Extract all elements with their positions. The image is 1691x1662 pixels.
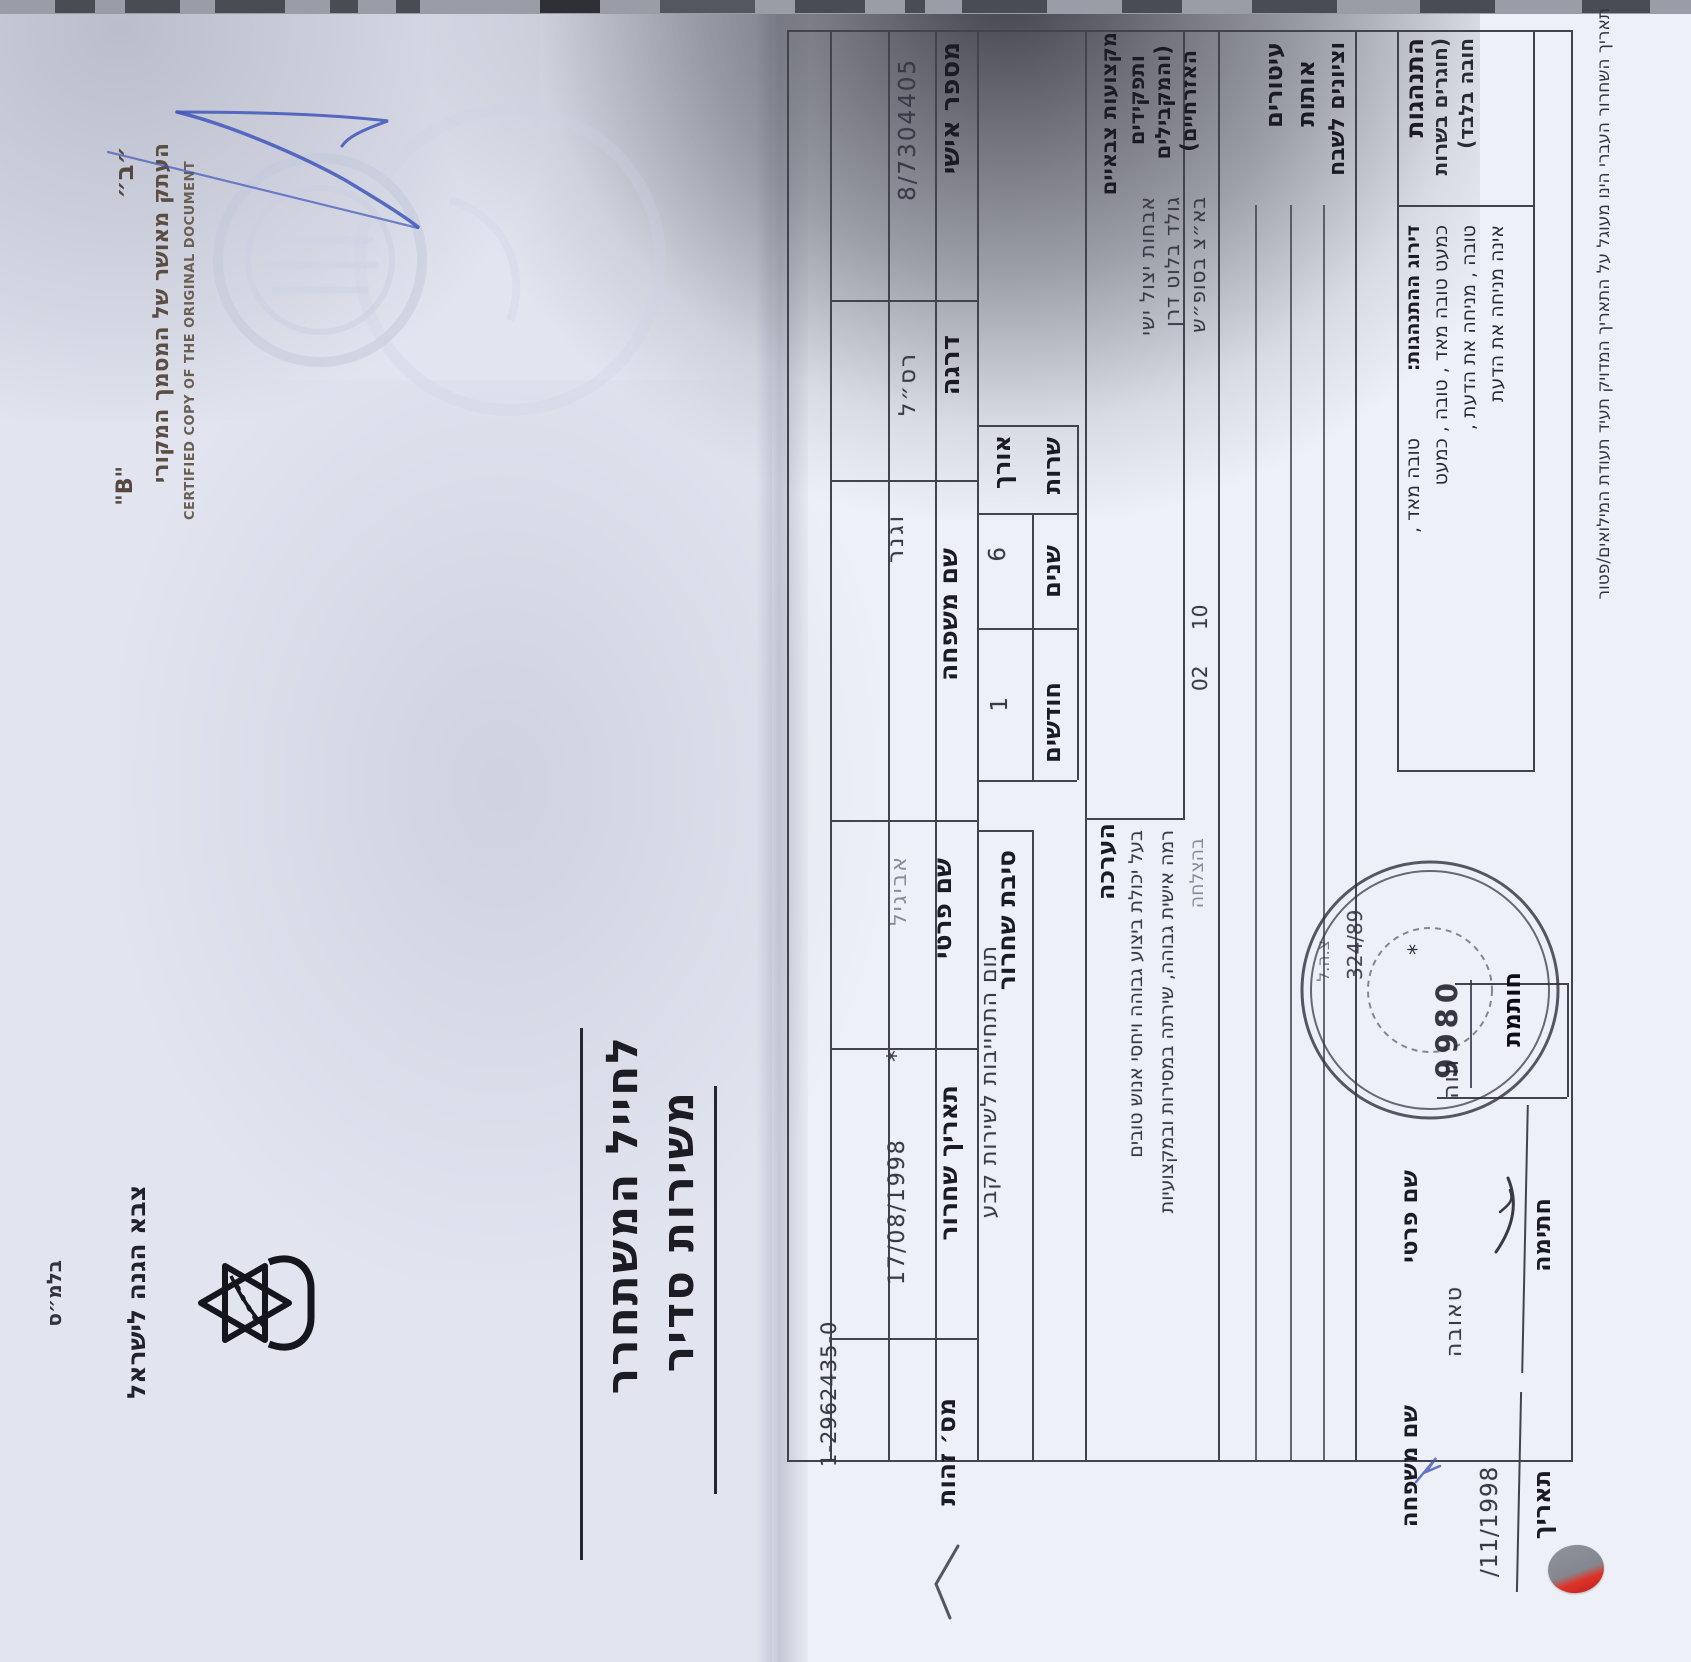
service-box-rule: [977, 780, 1077, 782]
conduct-label-1: התנהגות: [1402, 38, 1428, 190]
form-border-right: [1571, 30, 1573, 1462]
service-box-rule: [1032, 513, 1034, 780]
cover-title-line-2: משירות סדיר: [656, 1090, 702, 1492]
certification-latin-letter: "B": [114, 466, 137, 510]
service-length-title-2: שרות: [1040, 437, 1065, 511]
release-reason-value: תום התחייבות לשירות קבע: [978, 945, 1001, 1480]
family-name-value: וגנר: [884, 513, 908, 598]
decorations-label-3: וציונים לשבח: [1326, 42, 1349, 228]
classification-marking: בלמ״ס: [44, 1260, 65, 1340]
decorations-row-rule: [1255, 205, 1257, 1460]
form-border-left: [787, 30, 789, 1462]
rank-value: רס״ל: [896, 352, 920, 447]
conduct-rating-line-4: אינה מניחה את הדעת: [1488, 225, 1508, 453]
service-length-title-1: אורך: [990, 435, 1015, 511]
evaluation-line-1: בעל יכולת ביצוע גבוהה ויחסי אנוש טובים: [1127, 830, 1147, 1250]
decorations-label-2: אותות: [1294, 60, 1319, 172]
professions-label-4: האזרחיים): [1178, 50, 1200, 166]
pencil-check-mark: [922, 1540, 972, 1625]
service-box-rule: [977, 513, 1077, 515]
stamp-top-number: 324/89: [1345, 848, 1366, 980]
cover-title-line-1: לחייל המשתחרר: [600, 1035, 646, 1555]
service-box-rule: [977, 425, 1077, 427]
stamp-rim-text: צ.ה.ל: [1316, 940, 1334, 1030]
date-value: /11/1998: [1478, 1402, 1502, 1577]
conduct-rating-label: דירוג ההתנהגות:: [1404, 225, 1424, 430]
reason-box-rule: [1032, 830, 1034, 1462]
officer-signature-scribble: [1480, 1160, 1540, 1270]
officer-first-name-label: שם פרטי: [1398, 1170, 1422, 1298]
cell-separator: [830, 300, 977, 302]
conduct-box-rule: [1397, 30, 1399, 772]
release-date-label: תאריך שחרור: [936, 1085, 962, 1333]
personal-number-label: מספר אישי: [938, 42, 965, 242]
conduct-rating-line-3: טובה , מניחה את הדעת ,: [1460, 225, 1480, 493]
service-box-rule: [1077, 425, 1079, 780]
section-rule: [1085, 818, 1183, 820]
release-date-mark: *: [884, 1050, 909, 1070]
evaluation-line-2: רמה אישית גבוהה, שירתה במסירות ובמקצועיו…: [1158, 830, 1178, 1268]
conduct-box-rule: [1397, 205, 1533, 207]
service-box-rule: [977, 628, 1077, 630]
conduct-label-3: חובה בלבד): [1456, 38, 1477, 170]
professions-label-2: ותפקידים: [1126, 55, 1148, 163]
title-rule: [580, 1028, 583, 1560]
form-border-top: [787, 30, 1573, 32]
decorations-row-rule: [1290, 205, 1292, 1460]
cell-separator: [830, 480, 977, 482]
conduct-box-rule: [1397, 770, 1533, 772]
reason-box-rule: [977, 830, 1032, 832]
stamp-star-mark: *: [1406, 944, 1429, 966]
officer-family-name-value: טאובה: [1443, 1285, 1466, 1403]
years-label: שנים: [1040, 545, 1065, 625]
conduct-rating-line-1: טובה מאד ,: [1404, 438, 1424, 566]
family-name-label: שם משפחה: [936, 548, 962, 738]
personal-number-value: 5044037/8: [896, 58, 920, 248]
id-label: מס׳ זהות: [934, 1398, 960, 1526]
blue-signature: [70, 70, 490, 270]
decorations-row-rule: [1323, 205, 1325, 1460]
first-name-label: שם פרטי: [930, 858, 956, 1010]
date-label: תאריך: [1530, 1470, 1555, 1570]
professions-value-1: אבחות יצול ישי: [1137, 196, 1158, 458]
months-value: 1: [988, 697, 1012, 719]
professions-code-2: 02: [1190, 655, 1211, 691]
idf-emblem: [185, 1228, 335, 1378]
professions-value-2: גולד בלוט דרן: [1162, 196, 1183, 444]
conduct-rating-line-2: כמעט טובה מאד , טובה , כמעט: [1432, 225, 1452, 555]
years-value: 6: [986, 547, 1010, 577]
scanner-edge-strip: [0, 0, 1691, 14]
release-date-value: 17/08/1998: [886, 1075, 909, 1285]
evaluation-line-3: בהצלחה: [1188, 838, 1208, 950]
months-label: חודשים: [1040, 682, 1065, 778]
blue-pen-tick: [1408, 1448, 1448, 1493]
rank-label: דרגה: [938, 335, 965, 455]
cell-separator: [830, 1338, 977, 1340]
form-border-bottom: [787, 1460, 1573, 1462]
table-rule: [830, 30, 832, 1462]
form-page-background: [772, 14, 1691, 1662]
army-name: צבא הגנה לישראל: [124, 1185, 150, 1427]
page-fold-shadow: [756, 14, 808, 1662]
section-rule: [1355, 30, 1357, 1462]
professions-label-1: מקצועות צבאיים: [1098, 32, 1120, 200]
conduct-box-rule: [1533, 30, 1535, 772]
cell-separator: [830, 820, 977, 822]
id-number-value: 1-2962435-0: [818, 1285, 840, 1467]
footnote: תאריך השחרור העברי הינו מעוגל על התאריך …: [1596, 8, 1614, 696]
title-rule: [714, 1086, 717, 1494]
evaluation-label: הערכה: [1094, 823, 1119, 919]
scanned-discharge-certificate: { "cover": { "classification": "בלמ״ס", …: [0, 0, 1691, 1662]
first-name-value: אביגיל: [888, 855, 911, 955]
professions-label-3: (והמקבילים: [1152, 45, 1174, 171]
professions-value-3: בא״צ בסופ״ש: [1188, 196, 1209, 428]
decorations-label-1: עיטורים: [1262, 42, 1287, 192]
stamp-main-number: 0899: [1432, 978, 1462, 1086]
section-rule: [1218, 30, 1220, 1462]
professions-code-1: 10: [1190, 598, 1211, 630]
section-rule: [1085, 30, 1087, 1462]
stamp-underline: [1470, 980, 1472, 1088]
conduct-label-2: (חוגרים בשרות: [1430, 38, 1451, 200]
